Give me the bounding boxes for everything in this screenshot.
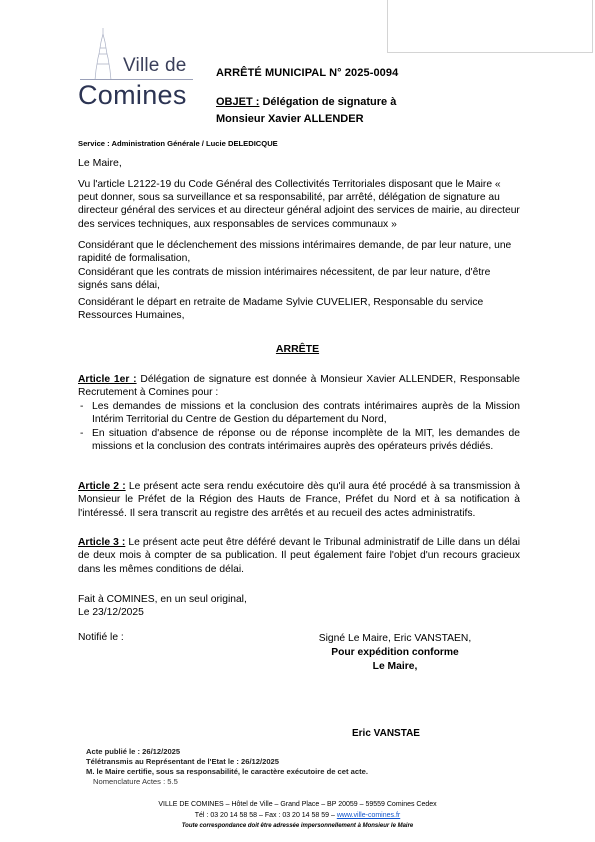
notifie-label: Notifié le : <box>78 632 124 643</box>
objet-text-line1: Délégation de signature à <box>259 96 396 108</box>
footer-address: VILLE DE COMINES – Hôtel de Ville – Gran… <box>0 799 595 810</box>
logo-comines-text: Comines <box>78 80 187 111</box>
fait-text: Fait à COMINES, en un seul original, <box>78 593 247 606</box>
article-2-text: Le présent acte sera rendu exécutoire dè… <box>78 481 520 519</box>
signature-name: Eric VANSTAE <box>352 728 420 739</box>
city-logo: Ville de Comines <box>80 28 195 110</box>
pour-expedition: Pour expédition conforme <box>250 646 540 660</box>
teletransmis-date: Télétransmis au Représentant de l'Etat l… <box>86 757 368 767</box>
footer-contact: Tél : 03 20 14 58 58 – Fax : 03 20 14 58… <box>195 812 337 819</box>
publication-meta: Acte publié le : 26/12/2025 Télétransmis… <box>86 747 368 787</box>
page-footer: VILLE DE COMINES – Hôtel de Ville – Gran… <box>0 799 595 832</box>
website-link[interactable]: www.ville-comines.fr <box>337 812 400 819</box>
certifie-text: M. le Maire certifie, sous sa responsabi… <box>86 767 368 777</box>
article-1-list: Les demandes de missions et la conclusio… <box>78 400 520 454</box>
article-1-label: Article 1er : <box>78 374 137 385</box>
considerant-1: Vu l'article L2122-19 du Code Général de… <box>78 178 520 231</box>
list-item: Les demandes de missions et la conclusio… <box>78 400 520 427</box>
considerant-4: Considérant le départ en retraite de Mad… <box>78 296 520 322</box>
signe-text: Signé Le Maire, Eric VANSTAEN, <box>250 632 540 646</box>
nomenclature: Nomenclature Actes : 5.5 <box>86 777 368 787</box>
article-2: Article 2 : Le présent acte sera rendu e… <box>78 480 520 520</box>
church-icon <box>92 28 114 80</box>
article-1-text: Délégation de signature est donnée à Mon… <box>78 374 520 398</box>
objet-label: OBJET : <box>216 96 259 108</box>
le-maire-sign: Le Maire, <box>250 660 540 674</box>
footer-notice: Toute correspondance doit être adressée … <box>0 821 595 832</box>
publie-date: Acte publié le : 26/12/2025 <box>86 747 368 757</box>
arrete-heading: ARRÊTE <box>0 343 595 355</box>
fait-date: Le 23/12/2025 <box>78 606 247 619</box>
article-2-label: Article 2 : <box>78 481 126 492</box>
fait-a: Fait à COMINES, en un seul original, Le … <box>78 593 247 620</box>
article-3-text: Le présent acte peut être déféré devant … <box>78 537 520 575</box>
salutation: Le Maire, <box>78 157 122 169</box>
article-3-label: Article 3 : <box>78 537 125 548</box>
document-subject: OBJET : Délégation de signature à Monsie… <box>216 94 396 128</box>
stamp-box <box>387 0 593 53</box>
document-title: ARRÊTÉ MUNICIPAL N° 2025-0094 <box>216 67 398 79</box>
considerant-3: Considérant que les contrats de mission … <box>78 266 520 292</box>
article-1: Article 1er : Délégation de signature es… <box>78 373 520 453</box>
list-item: En situation d'absence de réponse ou de … <box>78 427 520 454</box>
service-line: Service : Administration Générale / Luci… <box>78 139 278 148</box>
article-3: Article 3 : Le présent acte peut être dé… <box>78 536 520 576</box>
footer-contact-line: Tél : 03 20 14 58 58 – Fax : 03 20 14 58… <box>0 810 595 821</box>
logo-ville-text: Ville de <box>123 55 187 77</box>
signature-block: Signé Le Maire, Eric VANSTAEN, Pour expé… <box>250 632 540 674</box>
considerant-2: Considérant que le déclenchement des mis… <box>78 239 520 265</box>
objet-text-line2: Monsieur Xavier ALLENDER <box>216 113 364 125</box>
